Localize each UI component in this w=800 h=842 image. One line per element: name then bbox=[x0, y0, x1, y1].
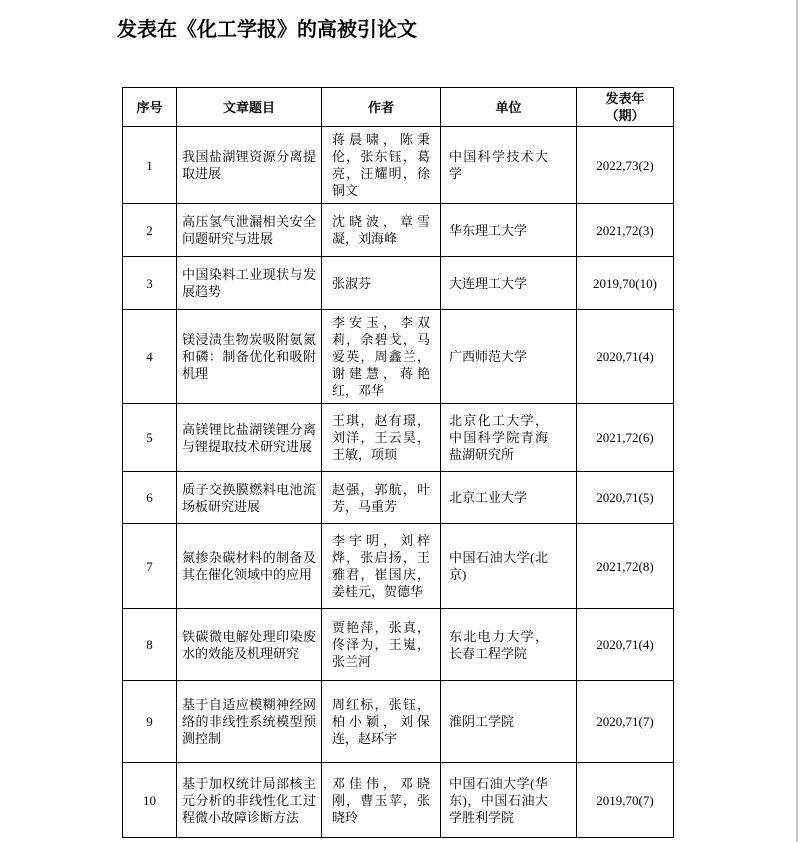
paper-title: 基于加权统计局部核主元分析的非线性化工过程微小故障诊断方法 bbox=[177, 763, 322, 838]
paper-affiliation: 广西师范大学 bbox=[441, 310, 577, 404]
header-序号: 序号 bbox=[123, 88, 177, 127]
paper-title: 氮掺杂碳材料的制备及其在催化领域中的应用 bbox=[177, 524, 322, 609]
table-row: 3 中国染料工业现状与发展趋势 张淑芬 大连理工大学 2019,70(10) bbox=[123, 257, 674, 310]
paper-affiliation: 中国石油大学(华东)，中国石油大学胜利学院 bbox=[441, 763, 577, 838]
paper-year-issue: 2021,72(3) bbox=[577, 204, 674, 257]
paper-year-issue: 2020,71(4) bbox=[577, 310, 674, 404]
row-number: 10 bbox=[123, 763, 177, 838]
row-number: 6 bbox=[123, 472, 177, 524]
paper-affiliation: 北京化工大学，中国科学院青海盐湖研究所 bbox=[441, 404, 577, 472]
paper-year-issue: 2019,70(7) bbox=[577, 763, 674, 838]
paper-year-issue: 2019,70(10) bbox=[577, 257, 674, 310]
paper-authors: 沈晓波，章雪凝，刘海峰 bbox=[322, 204, 441, 257]
paper-authors: 张淑芬 bbox=[322, 257, 441, 310]
header-发表年期: 发表年 （期） bbox=[577, 88, 674, 127]
row-number: 4 bbox=[123, 310, 177, 404]
paper-year-issue: 2020,71(7) bbox=[577, 681, 674, 763]
paper-title: 我国盐湖锂资源分离提取进展 bbox=[177, 127, 322, 204]
row-number: 2 bbox=[123, 204, 177, 257]
paper-year-issue: 2020,71(5) bbox=[577, 472, 674, 524]
table-row: 8 铁碳微电解处理印染废水的效能及机理研究 贾艳萍，张真，佟泽为，王嵬，张兰河 … bbox=[123, 609, 674, 681]
paper-affiliation: 大连理工大学 bbox=[441, 257, 577, 310]
document-title: 发表在《化工学报》的高被引论文 bbox=[117, 17, 417, 43]
table-row: 1 我国盐湖锂资源分离提取进展 蒋晨啸，陈秉伦，张东钰，葛亮，汪耀明，徐铜文 中… bbox=[123, 127, 674, 204]
paper-title: 中国染料工业现状与发展趋势 bbox=[177, 257, 322, 310]
document-page: 发表在《化工学报》的高被引论文 序号 文章题目 作者 单位 发表年 （期） 1 … bbox=[0, 0, 800, 842]
table-row: 10 基于加权统计局部核主元分析的非线性化工过程微小故障诊断方法 邓佳伟，邓晓刚… bbox=[123, 763, 674, 838]
paper-authors: 赵强，郭航，叶芳，马重芳 bbox=[322, 472, 441, 524]
paper-title: 高压氢气泄漏相关安全问题研究与进展 bbox=[177, 204, 322, 257]
paper-title: 质子交换膜燃料电池流场板研究进展 bbox=[177, 472, 322, 524]
papers-table: 序号 文章题目 作者 单位 发表年 （期） 1 我国盐湖锂资源分离提取进展 蒋晨… bbox=[122, 87, 674, 838]
row-number: 5 bbox=[123, 404, 177, 472]
header-文章题目: 文章题目 bbox=[177, 88, 322, 127]
paper-year-issue: 2020,71(4) bbox=[577, 609, 674, 681]
paper-affiliation: 中国石油大学(北京) bbox=[441, 524, 577, 609]
page-edge-line bbox=[796, 0, 798, 842]
paper-title: 基于自适应模糊神经网络的非线性系统模型预测控制 bbox=[177, 681, 322, 763]
paper-title: 铁碳微电解处理印染废水的效能及机理研究 bbox=[177, 609, 322, 681]
paper-title: 高镁锂比盐湖镁锂分离与锂提取技术研究进展 bbox=[177, 404, 322, 472]
table-row: 2 高压氢气泄漏相关安全问题研究与进展 沈晓波，章雪凝，刘海峰 华东理工大学 2… bbox=[123, 204, 674, 257]
paper-authors: 周红标，张钰，柏小颖，刘保连，赵环宇 bbox=[322, 681, 441, 763]
row-number: 8 bbox=[123, 609, 177, 681]
paper-authors: 邓佳伟，邓晓刚，曹玉苹，张晓玲 bbox=[322, 763, 441, 838]
row-number: 1 bbox=[123, 127, 177, 204]
row-number: 7 bbox=[123, 524, 177, 609]
paper-affiliation: 北京工业大学 bbox=[441, 472, 577, 524]
paper-title: 镁浸渍生物炭吸附氨氮和磷：制备优化和吸附机理 bbox=[177, 310, 322, 404]
paper-year-issue: 2021,72(8) bbox=[577, 524, 674, 609]
header-单位: 单位 bbox=[441, 88, 577, 127]
row-number: 3 bbox=[123, 257, 177, 310]
table-row: 7 氮掺杂碳材料的制备及其在催化领域中的应用 李宇明，刘梓烨，张启扬，王雅君，崔… bbox=[123, 524, 674, 609]
row-number: 9 bbox=[123, 681, 177, 763]
table-header-row: 序号 文章题目 作者 单位 发表年 （期） bbox=[123, 88, 674, 127]
paper-affiliation: 淮阴工学院 bbox=[441, 681, 577, 763]
paper-year-issue: 2021,72(6) bbox=[577, 404, 674, 472]
paper-authors: 蒋晨啸，陈秉伦，张东钰，葛亮，汪耀明，徐铜文 bbox=[322, 127, 441, 204]
table-row: 6 质子交换膜燃料电池流场板研究进展 赵强，郭航，叶芳，马重芳 北京工业大学 2… bbox=[123, 472, 674, 524]
paper-authors: 贾艳萍，张真，佟泽为，王嵬，张兰河 bbox=[322, 609, 441, 681]
paper-year-issue: 2022,73(2) bbox=[577, 127, 674, 204]
paper-authors: 李宇明，刘梓烨，张启扬，王雅君，崔国庆，姜桂元，贺德华 bbox=[322, 524, 441, 609]
table-row: 9 基于自适应模糊神经网络的非线性系统模型预测控制 周红标，张钰，柏小颖，刘保连… bbox=[123, 681, 674, 763]
paper-affiliation: 东北电力大学，长春工程学院 bbox=[441, 609, 577, 681]
table-row: 5 高镁锂比盐湖镁锂分离与锂提取技术研究进展 王琪，赵有璟，刘洋，王云昊，王敏，… bbox=[123, 404, 674, 472]
paper-affiliation: 华东理工大学 bbox=[441, 204, 577, 257]
paper-affiliation: 中国科学技术大学 bbox=[441, 127, 577, 204]
table-row: 4 镁浸渍生物炭吸附氨氮和磷：制备优化和吸附机理 李安玉，李双莉，余碧戈，马爱英… bbox=[123, 310, 674, 404]
header-作者: 作者 bbox=[322, 88, 441, 127]
paper-authors: 李安玉，李双莉，余碧戈，马爱英，周鑫兰，谢建慧，蒋艳红，邓华 bbox=[322, 310, 441, 404]
paper-authors: 王琪，赵有璟，刘洋，王云昊，王敏，项顼 bbox=[322, 404, 441, 472]
